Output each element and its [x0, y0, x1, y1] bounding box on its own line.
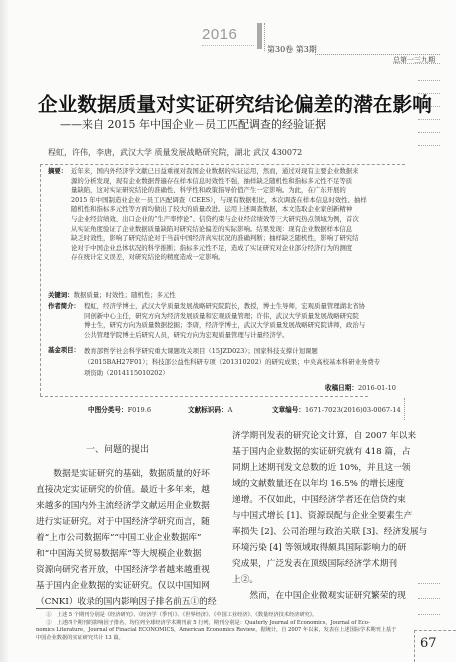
keywords-label: 关键词： — [48, 291, 74, 299]
body-right-column: 济学期刊发表的研究论文计算，自 2007 年以来 基于国内企业数据的实证研究就有… — [232, 428, 427, 604]
article-id: 文章编号：1671-7023(2016)03-0067-14 — [272, 404, 401, 414]
abstract-box-bottom-rule — [40, 396, 368, 397]
article-title: 企业数据质量对实证研究结论偏差的潜在影响 — [38, 89, 432, 117]
header-dotted-divider — [264, 23, 265, 51]
received-date: 收稿日期：2016-01-10 — [325, 382, 396, 392]
volume-issue: 第30卷 第3期 — [267, 44, 317, 55]
funding-text: 教育部哲学社会科学研究重大课题攻关项目（15JZD023）；国家科技支撑计划课题… — [84, 346, 402, 379]
page-edge-shadow — [0, 0, 8, 662]
footnote-2-cont: 中国企业数据的实证研究共计 13 篇。 — [36, 635, 416, 643]
keywords-text: 数据质量；时效性；随机性；多元性 — [74, 291, 176, 299]
margin-dots — [418, 598, 440, 599]
clc-number: 中图分类号：F019.6 — [88, 404, 151, 414]
margin-dots — [418, 583, 440, 584]
footnote-rule — [36, 608, 206, 609]
journal-header: 2016 第30卷 第3期 总第一三九期 — [0, 0, 456, 60]
document-code: 文献标识码：A — [188, 404, 232, 414]
article-authors: 程虹，许伟，李唐，武汉大学 质量发展战略研究院，湖北 武汉 430072 — [48, 147, 302, 158]
class-dotted-divider — [404, 398, 405, 420]
margin-dots — [418, 614, 440, 615]
abstract-label: 摘要： — [48, 167, 67, 177]
margin-dots — [418, 132, 440, 133]
margin-dots — [418, 80, 440, 81]
author-bio-label: 作者简介： — [48, 302, 80, 312]
funding-label: 基金项目： — [48, 346, 80, 356]
abstract-text: 近年来，国内外经济学文献已日益重视对我国企业数据的实证运用，然而，通过对现有主要… — [71, 167, 401, 263]
page-number: 67 — [420, 636, 437, 651]
issue-dotted-rule — [393, 63, 440, 64]
margin-dots — [418, 145, 440, 146]
footnote-1: ① 上述 5 个期刊分别是《经济研究》、《经济学（季刊）》、《世界经济》、《中国… — [36, 612, 416, 620]
year-underline — [202, 45, 254, 47]
margin-dots — [418, 119, 440, 120]
body-left-column: 数据是实证研究的基础，数据质量的好坏 直接决定实证研究的价值。最近十多年来，越 … — [36, 466, 217, 610]
article-subtitle: ——来自 2015 年中国企业－员工匹配调查的经验证据 — [60, 116, 326, 132]
header-year: 2016 — [202, 26, 237, 43]
footnotes: ① 上述 5 个期刊分别是《经济研究》、《经济学（季刊）》、《世界经济》、《中国… — [36, 612, 416, 642]
footnote-2-cont: nomics Literature，Journal of Finacial EC… — [36, 627, 416, 635]
section-heading: 一、问题的提出 — [86, 442, 149, 455]
keywords: 关键词：数据质量；时效性；随机性；多元性 — [48, 291, 176, 301]
header-bar-decoration — [257, 23, 262, 49]
author-bio-text: 程虹，经济学博士，武汉大学质量发展战略研究院院长，教授，博士生导师，宏观质量管理… — [84, 302, 402, 340]
